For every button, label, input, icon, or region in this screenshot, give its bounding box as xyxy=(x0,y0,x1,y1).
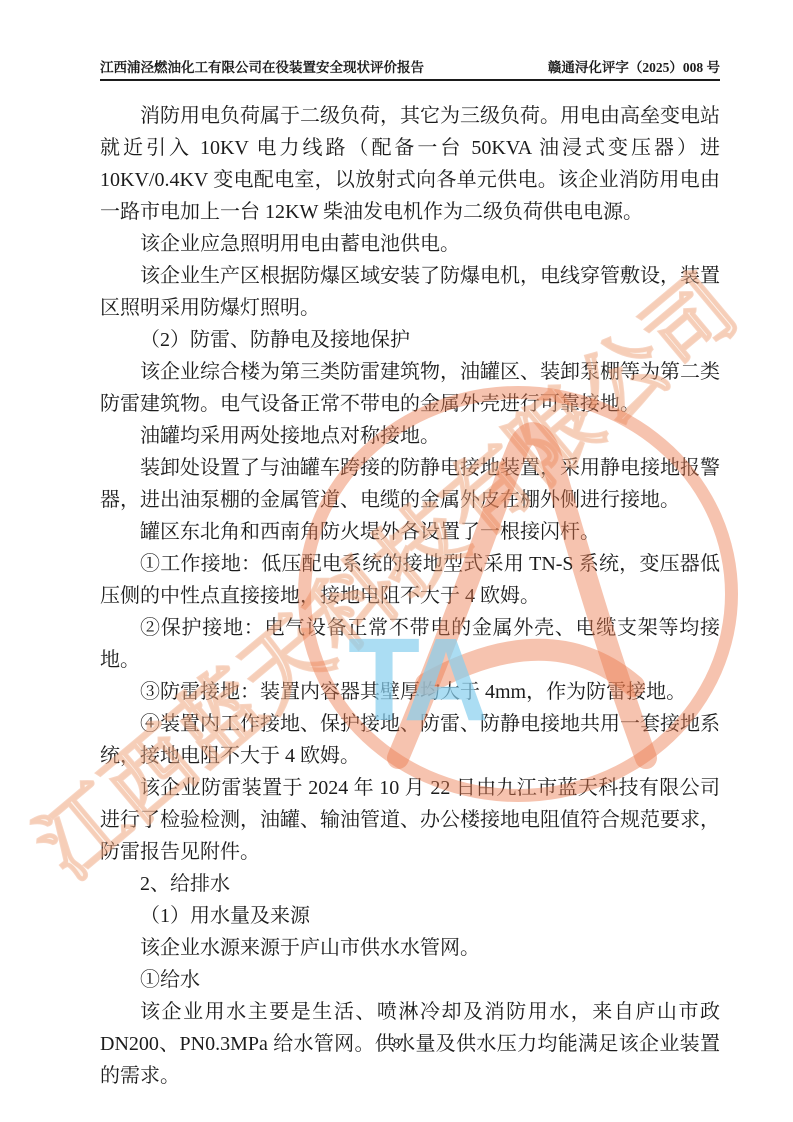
page-header: 江西浦泾燃油化工有限公司在役装置安全现状评价报告 赣通浔化评字（2025）008… xyxy=(100,56,720,81)
paragraph: 装卸处设置了与油罐车跨接的防静电接地装置，采用静电接地报警器，进出油泵棚的金属管… xyxy=(100,452,720,516)
page-number: 8 xyxy=(0,1036,793,1053)
paragraph: ③防雷接地：装置内容器其壁厚均大于 4mm，作为防雷接地。 xyxy=(100,676,720,708)
header-report-title: 江西浦泾燃油化工有限公司在役装置安全现状评价报告 xyxy=(100,56,424,76)
paragraph: 该企业应急照明用电由蓄电池供电。 xyxy=(100,228,720,260)
paragraph: 该企业生产区根据防爆区域安装了防爆电机，电线穿管敷设，装置区照明采用防爆灯照明。 xyxy=(100,260,720,324)
paragraph: 2、给排水 xyxy=(100,868,720,900)
paragraph: ①工作接地：低压配电系统的接地型式采用 TN-S 系统，变压器低压侧的中性点直接… xyxy=(100,548,720,612)
header-doc-number: 赣通浔化评字（2025）008 号 xyxy=(548,56,720,76)
paragraph: 消防用电负荷属于二级负荷，其它为三级负荷。用电由高垒变电站就近引入 10KV 电… xyxy=(100,100,720,228)
paragraph: 罐区东北角和西南角防火堤外各设置了一根接闪杆。 xyxy=(100,516,720,548)
paragraph: 该企业综合楼为第三类防雷建筑物，油罐区、装卸泵棚等为第二类防雷建筑物。电气设备正… xyxy=(100,356,720,420)
paragraph: （1）用水量及来源 xyxy=(100,900,720,932)
document-body: 消防用电负荷属于二级负荷，其它为三级负荷。用电由高垒变电站就近引入 10KV 电… xyxy=(100,100,720,1092)
document-page: 江西浦泾燃油化工有限公司在役装置安全现状评价报告 赣通浔化评字（2025）008… xyxy=(0,0,793,1122)
paragraph: （2）防雷、防静电及接地保护 xyxy=(100,324,720,356)
paragraph: 油罐均采用两处接地点对称接地。 xyxy=(100,420,720,452)
paragraph: ①给水 xyxy=(100,964,720,996)
paragraph: ④装置内工作接地、保护接地、防雷、防静电接地共用一套接地系统，接地电阻不大于 4… xyxy=(100,708,720,772)
paragraph: ②保护接地：电气设备正常不带电的金属外壳、电缆支架等均接地。 xyxy=(100,612,720,676)
paragraph: 该企业水源来源于庐山市供水水管网。 xyxy=(100,932,720,964)
paragraph: 该企业防雷装置于 2024 年 10 月 22 日由九江市蓝天科技有限公司进行了… xyxy=(100,772,720,868)
